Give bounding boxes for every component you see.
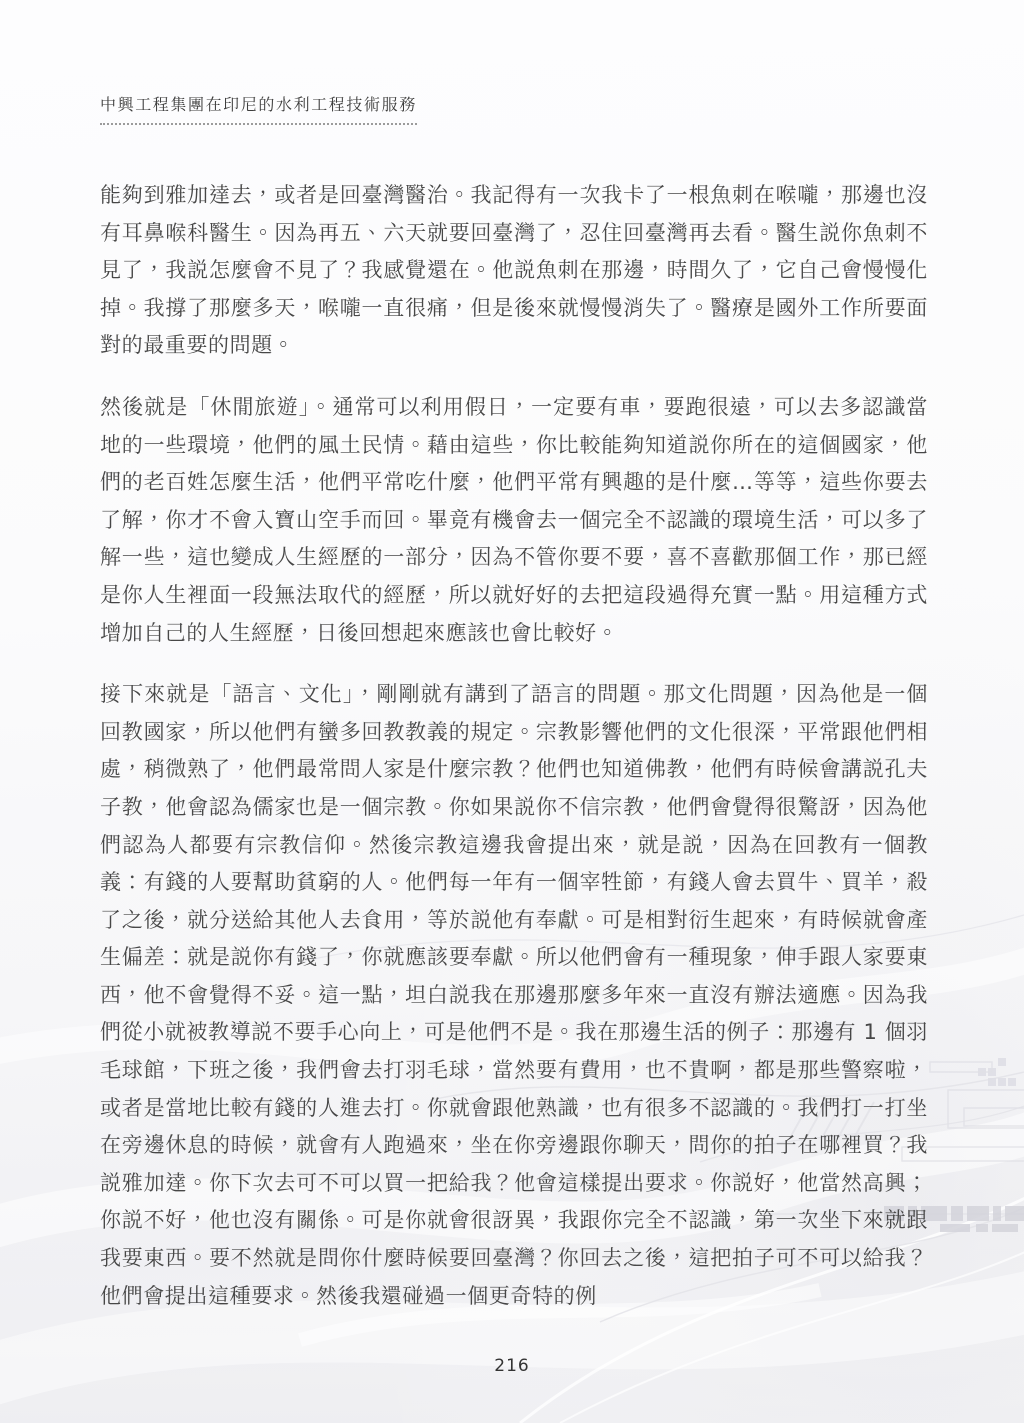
body-text: 能夠到雅加達去，或者是回臺灣醫治。我記得有一次我卡了一根魚刺在喉嚨，那邊也沒有耳…	[100, 177, 928, 1339]
book-page: 中興工程集團在印尼的水利工程技術服務 能夠到雅加達去，或者是回臺灣醫治。我記得有…	[0, 0, 1024, 1423]
page-number: 216	[494, 1356, 529, 1376]
circuit-pixel-cluster	[978, 1058, 1016, 1086]
page-footer: 216	[0, 1356, 1024, 1376]
running-header-title: 中興工程集團在印尼的水利工程技術服務	[100, 92, 417, 125]
paragraph-leisure-travel: 然後就是「休閒旅遊」。通常可以利用假日，一定要有車，要跑很遠，可以去多認識當地的…	[100, 389, 928, 652]
paragraph-language-culture: 接下來就是「語言、文化」，剛剛就有講到了語言的問題。那文化問題，因為他是一個回教…	[100, 676, 928, 1315]
page-header: 中興工程集團在印尼的水利工程技術服務	[100, 92, 417, 125]
paragraph-medical: 能夠到雅加達去，或者是回臺灣醫治。我記得有一次我卡了一根魚刺在喉嚨，那邊也沒有耳…	[100, 177, 928, 365]
